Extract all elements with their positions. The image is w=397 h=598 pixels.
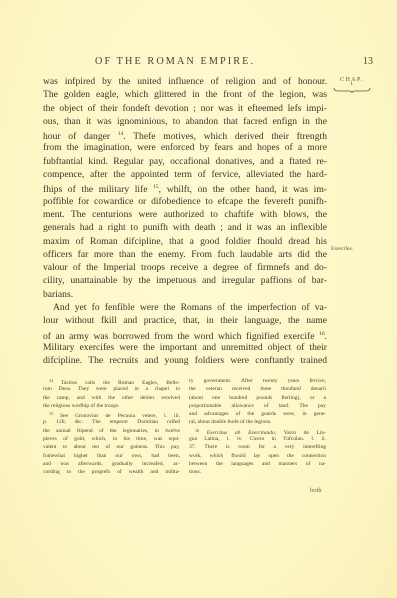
footnote-14: 14 Tacitus calls the Roman Eagles, Bello… <box>43 377 180 385</box>
footnote-16: 16 Exercitus ab Exercitando, Varro de Li… <box>189 427 326 435</box>
footnote-line: fomewhat higher than our own, had been, <box>43 452 180 460</box>
chapter-marginal-label: CHAP. I. <box>333 77 371 93</box>
text-line: The golden eagle, which glittered in the… <box>43 88 327 101</box>
catchword: both <box>310 487 322 494</box>
text-line: from the imagination, were enforced by f… <box>43 141 327 154</box>
brace-icon <box>333 87 371 93</box>
footnote-line: and was afterwards, gradually increafed,… <box>43 460 180 468</box>
text-line: barians. <box>43 288 327 301</box>
footnote-line: proportionable allowance of land. The pa… <box>189 402 326 410</box>
text-line: the object of their fondeft devotion ; n… <box>43 102 327 115</box>
footnote-line: work, which fhould lay open the connecti… <box>189 452 326 460</box>
footnote-line: cording to the progrefs of wealth and mi… <box>43 468 180 476</box>
footnotes-right-column: ry government. After twenty years fervic… <box>189 377 326 477</box>
footnote-line: the religious worfhip of the troops. <box>43 402 180 410</box>
text-line: compence, after the appointed term of fe… <box>43 168 327 181</box>
text-line: Military exercifes were the important an… <box>43 341 327 354</box>
text-line: valour of the Imperial troops receive a … <box>43 261 327 274</box>
text-line: of an army was borrowed from the word wh… <box>43 328 327 341</box>
text-line: fhips of the military life 15, whilft, o… <box>43 181 327 194</box>
text-line: officers far more than the enemy. From f… <box>43 248 327 261</box>
footnotes-left-column: 14 Tacitus calls the Roman Eagles, Bello… <box>43 377 180 477</box>
footnote-line: rum Deos. They were placed in a chapel i… <box>43 385 180 393</box>
footnote-line: p. 120, &c. The emperor Domitian raifed <box>43 418 180 426</box>
footnote-line: 37. There is room for a very interefting <box>189 443 326 451</box>
text-line: difcipline. The recruits and young foldi… <box>43 354 327 367</box>
footnote-line: (about one hundred pounds fterling), or … <box>189 394 326 402</box>
footnote-line: and advantages of the guards were, in ge… <box>189 410 326 418</box>
book-page: OF THE ROMAN EMPIRE. 13 CHAP. I. Exercif… <box>0 0 397 598</box>
text-line: And yet fo fenfible were the Romans of t… <box>43 301 327 314</box>
text-line: was infpired by the united influence of … <box>43 75 327 88</box>
side-note-exercises: Exercifes. <box>331 246 353 252</box>
footnote-line: tions. <box>189 468 326 476</box>
footnote-line: the annual ftipend of the legionaries, t… <box>43 427 180 435</box>
footnote-line: gua Latina, l. iv. Cicero in Tufculan. l… <box>189 435 326 443</box>
footnote-line: pieces of gold, which, in his time, was … <box>43 435 180 443</box>
text-line: fubftantial kind. Regular pay, occafiona… <box>43 155 327 168</box>
page-number: 13 <box>363 56 373 67</box>
footnote-line: the camp, and with the other deities rec… <box>43 394 180 402</box>
footnote-line: between the languages and manners of na- <box>189 460 326 468</box>
running-title: OF THE ROMAN EMPIRE. <box>95 56 255 67</box>
footnote-15: 15 See Gronovius de Pecunia vetere, l. i… <box>43 410 180 418</box>
footnote-line: ral, about double thofe of the legions. <box>189 418 326 426</box>
footnote-line: valent to about ten of our guineas. This… <box>43 443 180 451</box>
body-text: was infpired by the united influence of … <box>43 75 327 368</box>
text-line: lour without fkill and practice, that, i… <box>43 314 327 327</box>
footnote-line: ry government. After twenty years fervic… <box>189 377 326 385</box>
text-line: generals had a right to punifh with deat… <box>43 221 327 234</box>
text-line: ment. The centurions were authorized to … <box>43 208 327 221</box>
text-line: ous, than it was ignominious, to abandon… <box>43 115 327 128</box>
text-line: cility, unattainable by the impetuous an… <box>43 274 327 287</box>
text-line: hour of danger 14. Thefe motives, which … <box>43 128 327 141</box>
text-line: maxim of Roman difcipline, that a good f… <box>43 235 327 248</box>
text-line: poffible for cowardice or difobedience t… <box>43 195 327 208</box>
footnote-line: the veteran received three thoufand dena… <box>189 385 326 393</box>
